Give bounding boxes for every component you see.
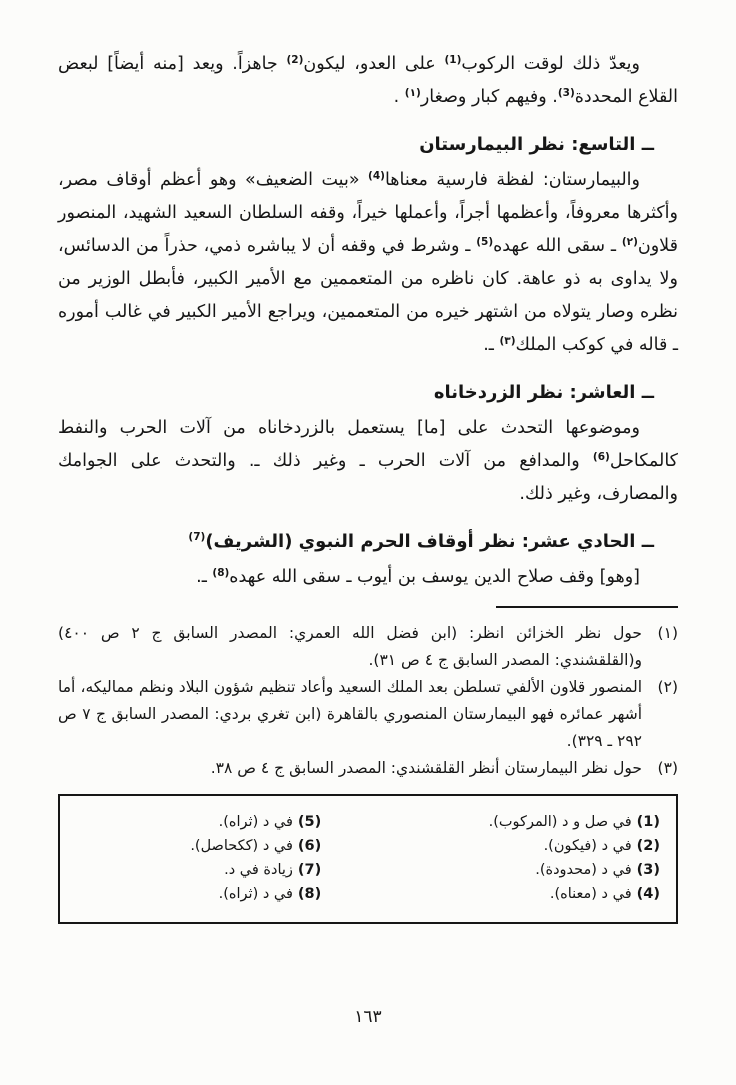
note-marker: (٣) (499, 335, 515, 347)
footnote-number: (١) (642, 620, 678, 674)
section-heading: ــ التاسع: نظر البيمارستان (58, 132, 654, 158)
body-paragraph: ويعدّ ذلك لوقت الركوب(1) على العدو، ليكو… (58, 48, 678, 114)
note-marker: (1) (444, 54, 461, 66)
body-paragraph: والبيمارستان: لفظة فارسية معناها(4) «بيت… (58, 164, 678, 362)
note-marker: (٢) (622, 236, 638, 248)
variant-text: زيادة في د. (224, 862, 293, 878)
footnote: (٢)المنصور قلاون الألفي تسلطن بعد الملك … (58, 674, 678, 755)
variant-text: في د (فيكون). (544, 838, 632, 854)
section-heading: ــ العاشر: نظر الزردخاناه (58, 380, 654, 406)
footnote: (٣)حول نظر البيمارستان أنظر القلقشندي: ا… (58, 755, 678, 782)
footnote-number: (٢) (642, 674, 678, 755)
variant-number: (5) (298, 814, 321, 830)
variant-text: في د (محدودة). (535, 862, 631, 878)
note-marker: (8) (212, 567, 229, 579)
variant-number: (8) (298, 886, 321, 902)
footnote: (١)حول نظر الخزائن انظر: (ابن فضل الله ا… (58, 620, 678, 674)
variant-text: في د (ثراه). (219, 814, 293, 830)
book-page: ويعدّ ذلك لوقت الركوب(1) على العدو، ليكو… (0, 0, 736, 1085)
note-marker: (١) (405, 87, 421, 99)
note-marker: (4) (368, 170, 385, 182)
variants-left-column: (5)في د (ثراه).(6)في د (ككحاصل).(7)زيادة… (76, 810, 321, 906)
variant-note: (7)زيادة في د. (76, 858, 321, 882)
variants-right-column: (1)في صل و د (المركوب).(2)في د (فيكون).(… (350, 810, 660, 906)
variant-text: في د (ككحاصل). (190, 838, 293, 854)
footnote-number: (٣) (642, 755, 678, 782)
body-paragraph: [وهو] وقف صلاح الدين يوسف بن أيوب ـ سقى … (58, 561, 678, 594)
footnote-separator-rule (496, 606, 678, 608)
variant-note: (3)في د (محدودة). (350, 858, 660, 882)
variant-text: في د (ثراه). (219, 886, 293, 902)
section-heading: ــ الحادي عشر: نظر أوقاف الحرم النبوي (ا… (58, 529, 654, 555)
variant-note: (1)في صل و د (المركوب). (350, 810, 660, 834)
variant-note: (5)في د (ثراه). (76, 810, 321, 834)
note-marker: (2) (286, 54, 303, 66)
variant-number: (2) (637, 838, 660, 854)
footnote-text: حول نظر الخزائن انظر: (ابن فضل الله العم… (58, 620, 642, 674)
note-marker: (7) (188, 531, 205, 543)
variant-number: (6) (298, 838, 321, 854)
note-marker: (6) (593, 451, 610, 463)
variant-note: (2)في د (فيكون). (350, 834, 660, 858)
variant-number: (3) (637, 862, 660, 878)
variant-text: في صل و د (المركوب). (489, 814, 632, 830)
main-text: ويعدّ ذلك لوقت الركوب(1) على العدو، ليكو… (58, 48, 678, 594)
variant-number: (7) (298, 862, 321, 878)
variant-note: (4)في د (معناه). (350, 882, 660, 906)
note-marker: (3) (558, 87, 575, 99)
body-paragraph: وموضوعها التحدث على [ما] يستعمل بالزردخا… (58, 412, 678, 511)
variant-note: (8)في د (ثراه). (76, 882, 321, 906)
variants-box: (1)في صل و د (المركوب).(2)في د (فيكون).(… (58, 794, 678, 924)
footnote-text: حول نظر البيمارستان أنظر القلقشندي: المص… (58, 755, 642, 782)
note-marker: (5) (476, 236, 493, 248)
variant-text: في د (معناه). (550, 886, 632, 902)
footnotes-section: (١)حول نظر الخزائن انظر: (ابن فضل الله ا… (58, 620, 678, 782)
variant-number: (4) (637, 886, 660, 902)
footnote-text: المنصور قلاون الألفي تسلطن بعد الملك الس… (58, 674, 642, 755)
variant-note: (6)في د (ككحاصل). (76, 834, 321, 858)
variant-number: (1) (637, 814, 660, 830)
page-number: ١٦٣ (0, 1007, 736, 1027)
